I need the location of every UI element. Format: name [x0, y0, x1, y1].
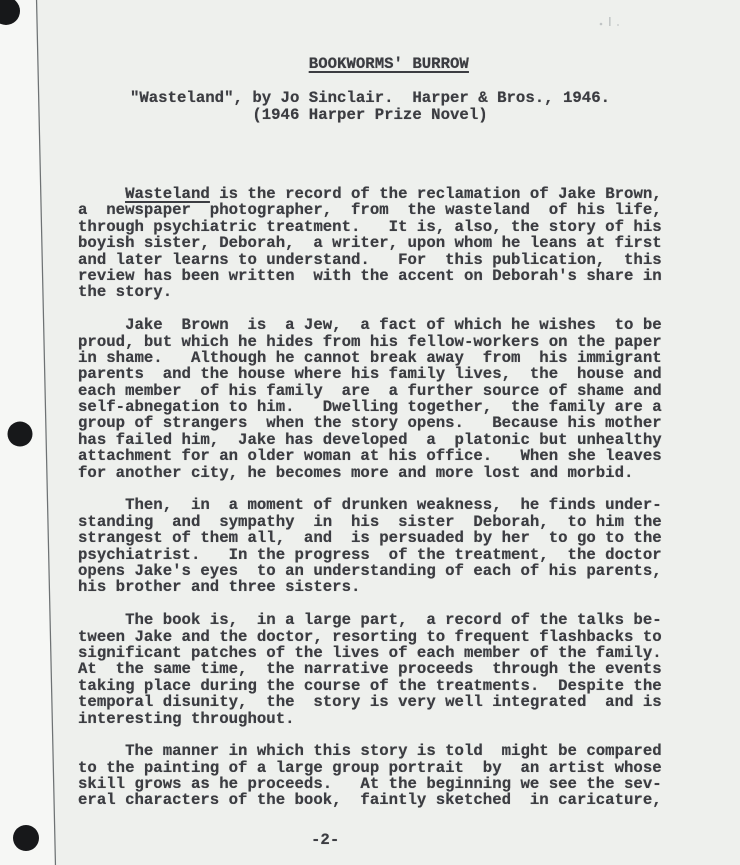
text-line: group of strangers when the story opens.… — [78, 415, 662, 431]
text-line: his brother and three sisters. — [78, 579, 662, 595]
scanned-document-page: BOOKWORMS' BURROW "Wasteland", by Jo Sin… — [0, 0, 740, 865]
text-line: The manner in which this story is told m… — [78, 743, 662, 759]
text-line: The book is, in a large part, a record o… — [78, 612, 662, 628]
text-line: attachment for an older woman at his off… — [78, 448, 662, 464]
paragraph-1-lines: a newspaper photographer, from the waste… — [78, 202, 662, 300]
text-line: significant patches of the lives of each… — [78, 645, 662, 661]
text-line: self-abnegation to him. Dwelling togethe… — [78, 399, 662, 415]
text-line: a newspaper photographer, from the waste… — [78, 202, 662, 218]
text-line: proud, but which he hides from his fello… — [78, 334, 662, 350]
book-citation-line: "Wasteland", by Jo Sinclair. Harper & Br… — [0, 90, 740, 106]
scan-speck — [617, 24, 619, 26]
text-line: At the same time, the narrative proceeds… — [78, 661, 662, 677]
book-prize-line: (1946 Harper Prize Novel) — [0, 107, 740, 123]
text-line: interesting throughout. — [78, 711, 662, 727]
underlined-book-title: Wasteland — [125, 185, 210, 203]
indent — [78, 185, 125, 203]
text-line: has failed him, Jake has developed a pla… — [78, 432, 662, 448]
paragraph-2: Jake Brown is a Jew, a fact of which he … — [78, 317, 662, 481]
page-title-text: BOOKWORMS' BURROW — [309, 55, 469, 73]
paragraph-3: Then, in a moment of drunken weakness, h… — [78, 497, 662, 595]
punch-hole-middle-icon — [8, 422, 33, 447]
review-body: Wasteland is the record of the reclamati… — [78, 186, 662, 825]
paragraph-5: The manner in which this story is told m… — [78, 743, 662, 809]
text-line: in shame. Although he cannot break away … — [78, 350, 662, 366]
text-line: strangest of them all, and is persuaded … — [78, 530, 662, 546]
line-text: is the record of the reclamation of Jake… — [210, 185, 662, 203]
text-line: standing and sympathy in his sister Debo… — [78, 514, 662, 530]
scan-speck — [600, 23, 603, 26]
text-line: to the painting of a large group portrai… — [78, 760, 662, 776]
text-line: Jake Brown is a Jew, a fact of which he … — [78, 317, 662, 333]
text-line: parents and the house where his family l… — [78, 366, 662, 382]
text-line: the story. — [78, 284, 662, 300]
scan-speck — [609, 17, 611, 26]
page-number: -2- — [311, 832, 339, 848]
text-line: opens Jake's eyes to an understanding of… — [78, 563, 662, 579]
text-line: review has been written with the accent … — [78, 268, 662, 284]
text-line: skill grows as he proceeds. At the begin… — [78, 776, 662, 792]
text-line: Then, in a moment of drunken weakness, h… — [78, 497, 662, 513]
text-line: tween Jake and the doctor, resorting to … — [78, 629, 662, 645]
paragraph-1: Wasteland is the record of the reclamati… — [78, 186, 662, 301]
text-line: boyish sister, Deborah, a writer, upon w… — [78, 235, 662, 251]
text-line: temporal disunity, the story is very wel… — [78, 694, 662, 710]
text-line: and later learns to understand. For this… — [78, 252, 662, 268]
text-line: eral characters of the book, faintly ske… — [78, 792, 662, 808]
text-line: psychiatrist. In the progress of the tre… — [78, 547, 662, 563]
text-line: Wasteland is the record of the reclamati… — [78, 186, 662, 202]
text-line: through psychiatric treatment. It is, al… — [78, 219, 662, 235]
text-line: for another city, he becomes more and mo… — [78, 465, 662, 481]
text-line: taking place during the course of the tr… — [78, 678, 662, 694]
paragraph-4: The book is, in a large part, a record o… — [78, 612, 662, 727]
punch-hole-bottom-icon — [13, 825, 39, 851]
page-title: BOOKWORMS' BURROW — [0, 40, 740, 89]
text-line: each member of his family are a further … — [78, 383, 662, 399]
